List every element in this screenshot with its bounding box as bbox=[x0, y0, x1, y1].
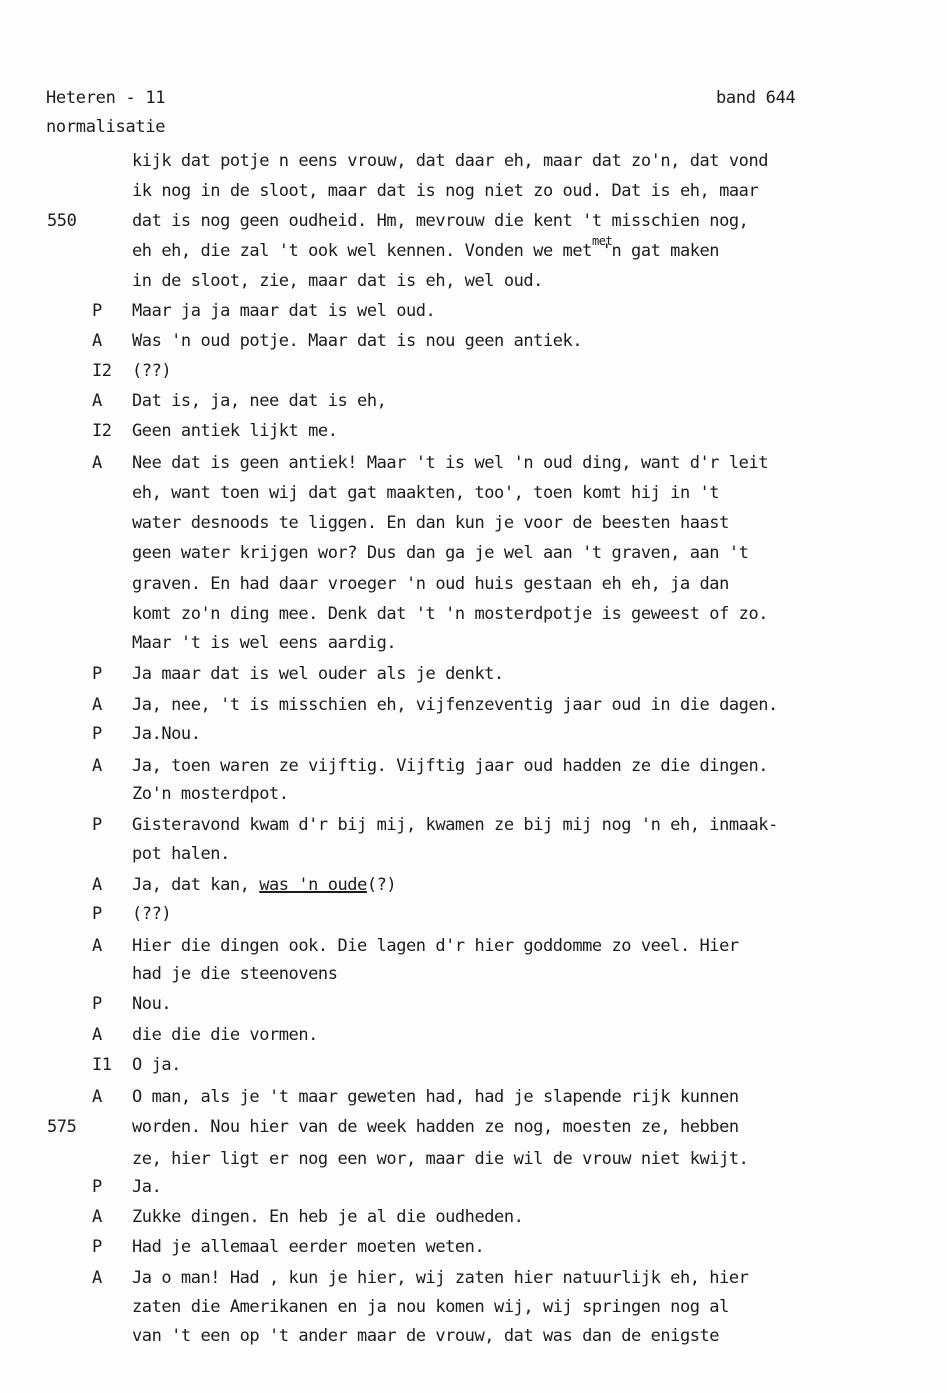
speaker-label: P bbox=[92, 903, 102, 925]
speaker-label: P bbox=[92, 723, 102, 745]
transcript-line: AJa o man! Had , kun je hier, wij zaten … bbox=[0, 1267, 947, 1295]
transcript-line: AHier die dingen ook. Die lagen d'r hier… bbox=[0, 935, 947, 963]
speaker-label: P bbox=[92, 300, 102, 322]
transcript-line: ANee dat is geen antiek! Maar 't is wel … bbox=[0, 452, 947, 480]
transcript-line: kijk dat potje n eens vrouw, dat daar eh… bbox=[0, 150, 947, 178]
speaker-label: A bbox=[92, 330, 102, 352]
line-text: kijk dat potje n eens vrouw, dat daar eh… bbox=[132, 150, 768, 172]
transcript-line: I2Geen antiek lijkt me. bbox=[0, 420, 947, 448]
handwritten-correction: met bbox=[592, 230, 612, 252]
transcript-line: ik nog in de sloot, maar dat is nog niet… bbox=[0, 180, 947, 208]
transcript-line: P(??) bbox=[0, 903, 947, 931]
transcript-line: PNou. bbox=[0, 993, 947, 1021]
transcript-line: ze, hier ligt er nog een wor, maar die w… bbox=[0, 1148, 947, 1176]
transcript-line: AO man, als je 't maar geweten had, had … bbox=[0, 1086, 947, 1114]
speaker-label: P bbox=[92, 814, 102, 836]
line-text: Was 'n oud potje. Maar dat is nou geen a… bbox=[132, 330, 582, 352]
speaker-label: A bbox=[92, 1024, 102, 1046]
transcript-line: van 't een op 't ander maar de vrouw, da… bbox=[0, 1325, 947, 1353]
transcript-line: 575worden. Nou hier van de week hadden z… bbox=[0, 1116, 947, 1144]
speaker-label: A bbox=[92, 1086, 102, 1108]
line-text: Ja, toen waren ze vijftig. Vijftig jaar … bbox=[132, 755, 768, 777]
transcript-line: PJa maar dat is wel ouder als je denkt. bbox=[0, 663, 947, 691]
line-text: Ja.Nou. bbox=[132, 723, 201, 745]
line-text: Ja maar dat is wel ouder als je denkt. bbox=[132, 663, 504, 685]
transcript-line: I2(??) bbox=[0, 360, 947, 388]
transcript-line: had je die steenovens bbox=[0, 963, 947, 991]
line-text: pot halen. bbox=[132, 843, 230, 865]
line-text: Ja. bbox=[132, 1176, 161, 1198]
line-text: Gisteravond kwam d'r bij mij, kwamen ze … bbox=[132, 814, 778, 836]
line-text: zaten die Amerikanen en ja nou komen wij… bbox=[132, 1296, 729, 1318]
line-text: Geen antiek lijkt me. bbox=[132, 420, 337, 442]
speaker-label: I2 bbox=[92, 360, 112, 382]
line-text: (??) bbox=[132, 360, 171, 382]
speaker-label: P bbox=[92, 1236, 102, 1258]
transcript-line: AJa, toen waren ze vijftig. Vijftig jaar… bbox=[0, 755, 947, 783]
line-text: eh, want toen wij dat gat maakten, too',… bbox=[132, 482, 719, 504]
transcript-line: PHad je allemaal eerder moeten weten. bbox=[0, 1236, 947, 1264]
speaker-label: A bbox=[92, 452, 102, 474]
line-text: ik nog in de sloot, maar dat is nog niet… bbox=[132, 180, 758, 202]
line-text: eh eh, die zal 't ook wel kennen. Vonden… bbox=[132, 240, 719, 262]
transcript-line: PJa.Nou. bbox=[0, 723, 947, 751]
transcript-line: zaten die Amerikanen en ja nou komen wij… bbox=[0, 1296, 947, 1324]
transcript-line: eh eh, die zal 't ook wel kennen. Vonden… bbox=[0, 240, 947, 268]
speaker-label: A bbox=[92, 1267, 102, 1289]
transcript-line: in de sloot, zie, maar dat is eh, wel ou… bbox=[0, 270, 947, 298]
line-text: in de sloot, zie, maar dat is eh, wel ou… bbox=[132, 270, 543, 292]
speaker-label: A bbox=[92, 1206, 102, 1228]
transcript-line: eh, want toen wij dat gat maakten, too',… bbox=[0, 482, 947, 510]
transcript-line: AZukke dingen. En heb je al die oudheden… bbox=[0, 1206, 947, 1234]
transcript-line: AJa, nee, 't is misschien eh, vijfenzeve… bbox=[0, 694, 947, 722]
transcript-line: Zo'n mosterdpot. bbox=[0, 783, 947, 811]
line-text: worden. Nou hier van de week hadden ze n… bbox=[132, 1116, 739, 1138]
line-text: Dat is, ja, nee dat is eh, bbox=[132, 390, 386, 412]
transcript-line: water desnoods te liggen. En dan kun je … bbox=[0, 512, 947, 540]
speaker-label: A bbox=[92, 874, 102, 896]
line-text: Had je allemaal eerder moeten weten. bbox=[132, 1236, 484, 1258]
line-text: dat is nog geen oudheid. Hm, mevrouw die… bbox=[132, 210, 748, 232]
line-text: ze, hier ligt er nog een wor, maar die w… bbox=[132, 1148, 748, 1170]
speaker-label: A bbox=[92, 935, 102, 957]
transcript-line: geen water krijgen wor? Dus dan ga je we… bbox=[0, 542, 947, 570]
line-text: Ja, nee, 't is misschien eh, vijfenzeven… bbox=[132, 694, 778, 716]
underlined-text: was 'n oude bbox=[259, 875, 367, 895]
transcript-line: AJa, dat kan, was 'n oude(?) bbox=[0, 874, 947, 902]
speaker-label: I2 bbox=[92, 420, 112, 442]
transcript-page: Heteren - 11 band 644 normalisatie kijk … bbox=[0, 0, 947, 1393]
line-text: Nee dat is geen antiek! Maar 't is wel '… bbox=[132, 452, 768, 474]
speaker-label: A bbox=[92, 755, 102, 777]
transcript-line: AWas 'n oud potje. Maar dat is nou geen … bbox=[0, 330, 947, 358]
speaker-label: P bbox=[92, 1176, 102, 1198]
transcript-line: 550dat is nog geen oudheid. Hm, mevrouw … bbox=[0, 210, 947, 238]
line-text: had je die steenovens bbox=[132, 963, 337, 985]
document-title: Heteren - 11 bbox=[46, 88, 165, 108]
transcript-line: PMaar ja ja maar dat is wel oud. bbox=[0, 300, 947, 328]
speaker-label: P bbox=[92, 993, 102, 1015]
line-number: 550 bbox=[47, 210, 76, 232]
line-text: Zukke dingen. En heb je al die oudheden. bbox=[132, 1206, 523, 1228]
line-text: Maar 't is wel eens aardig. bbox=[132, 632, 396, 654]
transcript-line: Maar 't is wel eens aardig. bbox=[0, 632, 947, 660]
line-text: graven. En had daar vroeger 'n oud huis … bbox=[132, 573, 729, 595]
line-text: Ja, dat kan, was 'n oude(?) bbox=[132, 874, 396, 896]
line-text: Ja o man! Had , kun je hier, wij zaten h… bbox=[132, 1267, 748, 1289]
speaker-label: I1 bbox=[92, 1054, 112, 1076]
line-text: Nou. bbox=[132, 993, 171, 1015]
line-number: 575 bbox=[47, 1116, 76, 1138]
transcript-line: I1O ja. bbox=[0, 1054, 947, 1082]
speaker-label: A bbox=[92, 694, 102, 716]
transcript-line: graven. En had daar vroeger 'n oud huis … bbox=[0, 573, 947, 601]
line-text: Maar ja ja maar dat is wel oud. bbox=[132, 300, 435, 322]
tape-number: band 644 bbox=[716, 88, 795, 108]
transcript-line: PJa. bbox=[0, 1176, 947, 1204]
line-text: water desnoods te liggen. En dan kun je … bbox=[132, 512, 729, 534]
line-text: geen water krijgen wor? Dus dan ga je we… bbox=[132, 542, 748, 564]
speaker-label: P bbox=[92, 663, 102, 685]
line-text: komt zo'n ding mee. Denk dat 't 'n moste… bbox=[132, 603, 768, 625]
line-text: die die die vormen. bbox=[132, 1024, 318, 1046]
transcript-line: Adie die die vormen. bbox=[0, 1024, 947, 1052]
speaker-label: A bbox=[92, 390, 102, 412]
line-text: Zo'n mosterdpot. bbox=[132, 783, 289, 805]
transcript-line: komt zo'n ding mee. Denk dat 't 'n moste… bbox=[0, 603, 947, 631]
line-text: O man, als je 't maar geweten had, had j… bbox=[132, 1086, 739, 1108]
transcript-line: pot halen. bbox=[0, 843, 947, 871]
document-subtitle: normalisatie bbox=[46, 117, 165, 137]
line-text: Hier die dingen ook. Die lagen d'r hier … bbox=[132, 935, 739, 957]
transcript-line: PGisteravond kwam d'r bij mij, kwamen ze… bbox=[0, 814, 947, 842]
line-text: van 't een op 't ander maar de vrouw, da… bbox=[132, 1325, 719, 1347]
line-text: O ja. bbox=[132, 1054, 181, 1076]
transcript-line: ADat is, ja, nee dat is eh, bbox=[0, 390, 947, 418]
line-text: (??) bbox=[132, 903, 171, 925]
